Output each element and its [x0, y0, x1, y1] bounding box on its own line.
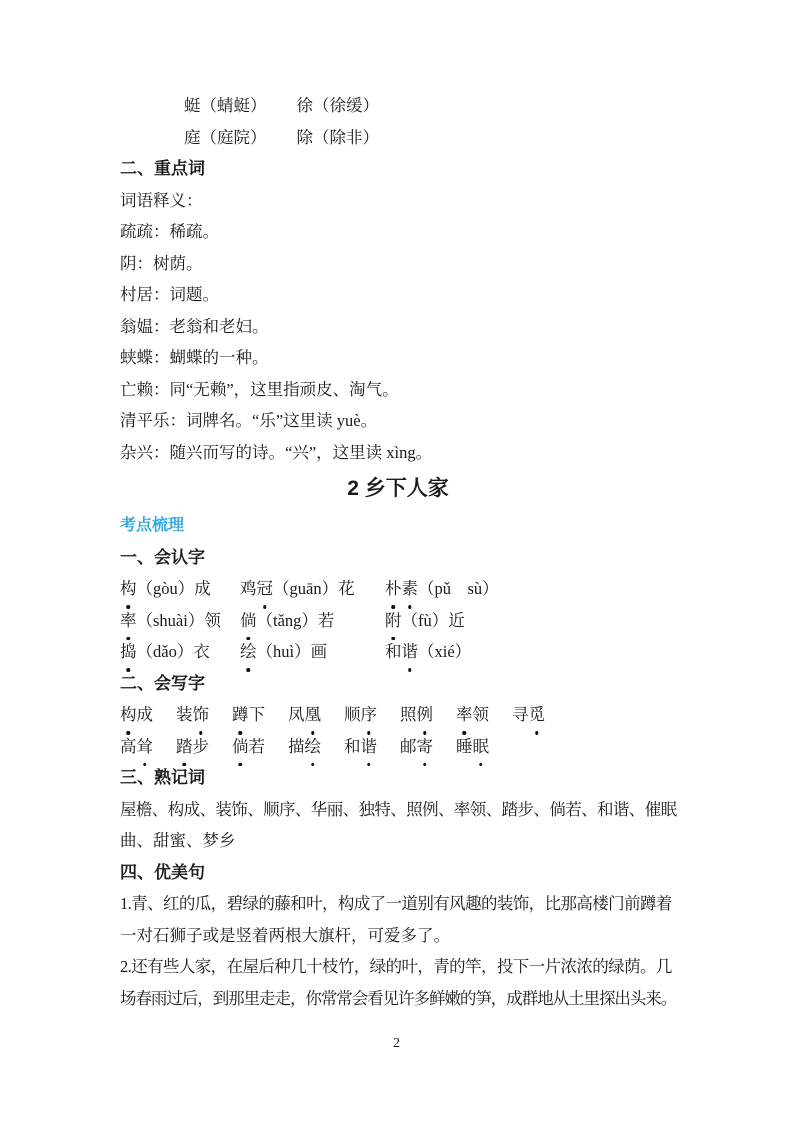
definition-line: 翁媪：老翁和老妇。: [120, 311, 676, 343]
vocab-word: 和谐（xié）: [385, 636, 471, 668]
vocab-row: 构成装饰蹲下凤凰顺序照例率领寻觅: [120, 699, 676, 731]
section-heading-youmeiju: 四、优美句: [120, 857, 676, 889]
document-content: 蜓（蜻蜓） 徐（徐缓） 庭（庭院） 除（除非） 二、重点词 词语释义： 疏疏：稀…: [120, 90, 676, 1014]
emphasis-dot-char: 谐: [402, 636, 419, 668]
vocab-word: 照例: [400, 699, 433, 731]
vocab-word: 描绘: [288, 731, 321, 763]
vocab-word: 率（shuài）领: [120, 605, 221, 637]
emphasis-dot-char: 倘: [240, 605, 257, 637]
exam-points-tag: 考点梳理: [120, 510, 676, 542]
section-heading-xiezi: 二、会写字: [120, 668, 676, 700]
sentence-line: 场春雨过后，到那里走走，你常常会看见许多鲜嫩的笋，成群地从土里探出头来。: [120, 983, 676, 1015]
emphasis-dot-char: 踏: [176, 731, 193, 763]
emphasis-dot-char: 耸: [137, 731, 154, 763]
shujici-line: 曲、甜蜜、梦乡: [120, 825, 676, 857]
char-pair-row: 蜓（蜻蜓） 徐（徐缓）: [184, 90, 676, 122]
vocab-row: 构（gòu）成鸡冠（guān）花朴素（pǔ sù）: [120, 573, 676, 605]
xiezi-words: 构成装饰蹲下凤凰顺序照例率领寻觅高耸踏步倘若描绘和谐邮寄睡眠: [120, 699, 676, 762]
char-pair: 徐（徐缓）: [297, 90, 380, 122]
definition-line: 村居：词题。: [120, 279, 676, 311]
vocab-row: 捣（dǎo）衣绘（huì）画和谐（xié）: [120, 636, 676, 668]
emphasis-dot-char: 饰: [193, 699, 210, 731]
emphasis-dot-char: 构: [120, 699, 137, 731]
emphasis-dot-char: 绘: [305, 731, 322, 763]
emphasis-dot-char: 捣: [120, 636, 137, 668]
vocab-word: 高耸: [120, 731, 153, 763]
definition-line: 清平乐：词牌名。“乐”这里读 yuè。: [120, 405, 676, 437]
emphasis-dot-char: 构: [120, 573, 137, 605]
vocab-row: 率（shuài）领倘（tǎng）若附（fù）近: [120, 605, 676, 637]
emphasis-dot-char: 凰: [305, 699, 322, 731]
emphasis-dot-char: 觅: [529, 699, 546, 731]
vocab-word: 鸡冠（guān）花: [240, 573, 355, 605]
renzi-words: 构（gòu）成鸡冠（guān）花朴素（pǔ sù）率（shuài）领倘（tǎng…: [120, 573, 676, 668]
shujici-line: 屋檐、构成、装饰、顺序、华丽、独特、照例、率领、踏步、倘若、和谐、催眠: [120, 794, 676, 826]
vocab-word: 寻觅: [512, 699, 545, 731]
emphasis-dot-char: 素: [402, 573, 419, 605]
section-heading-zhongdianci: 二、重点词: [120, 153, 676, 185]
vocab-word: 率领: [456, 699, 489, 731]
section-heading-renzi: 一、会认字: [120, 542, 676, 574]
vocab-word: 踏步: [176, 731, 209, 763]
vocab-word: 倘若: [232, 731, 265, 763]
definition-line: 亡赖：同“无赖”，这里指顽皮、淘气。: [120, 374, 676, 406]
emphasis-dot-char: 绘: [240, 636, 257, 668]
char-pair: 庭（庭院）: [184, 122, 267, 154]
emphasis-dot-char: 寄: [417, 731, 434, 763]
vocab-word: 凤凰: [288, 699, 321, 731]
vocab-word: 睡眠: [456, 731, 489, 763]
sentence-line: 1.青、红的瓜，碧绿的藤和叶，构成了一道别有风趣的装饰，比那高楼门前蹲着: [120, 888, 676, 920]
emphasis-dot-char: 蹲: [232, 699, 249, 731]
emphasis-dot-char: 倘: [232, 731, 249, 763]
emphasis-dot-char: 例: [417, 699, 434, 731]
vocab-word: 蹲下: [232, 699, 265, 731]
definition-line: 疏疏：稀疏。: [120, 216, 676, 248]
emphasis-dot-char: 朴: [385, 573, 402, 605]
emphasis-dot-char: 附: [385, 605, 402, 637]
emphasis-dot-char: 谐: [361, 731, 378, 763]
emphasis-dot-char: 眠: [473, 731, 490, 763]
vocab-word: 绘（huì）画: [240, 636, 327, 668]
emphasis-dot-char: 率: [456, 699, 473, 731]
vocab-word: 朴素（pǔ sù）: [385, 573, 499, 605]
char-pair-row: 庭（庭院） 除（除非）: [184, 122, 676, 154]
sentence-line: 一对石狮子或是竖着两根大旗杆，可爱多了。: [120, 920, 676, 952]
emphasis-dot-char: 冠: [257, 573, 274, 605]
emphasis-dot-char: 率: [120, 605, 137, 637]
lesson-title: 2 乡下人家: [120, 468, 676, 510]
char-pair: 除（除非）: [297, 122, 380, 154]
emphasis-dot-char: 序: [361, 699, 378, 731]
vocab-row: 高耸踏步倘若描绘和谐邮寄睡眠: [120, 731, 676, 763]
vocab-word: 和谐: [344, 731, 377, 763]
definition-line: 阴：树荫。: [120, 248, 676, 280]
vocab-word: 捣（dǎo）衣: [120, 636, 210, 668]
definition-line: 杂兴：随兴而写的诗。“兴”，这里读 xìng。: [120, 437, 676, 469]
char-pair: 蜓（蜻蜓）: [184, 90, 267, 122]
vocab-word: 邮寄: [400, 731, 433, 763]
document-page: 蜓（蜻蜓） 徐（徐缓） 庭（庭院） 除（除非） 二、重点词 词语释义： 疏疏：稀…: [0, 0, 793, 1122]
vocab-word: 倘（tǎng）若: [240, 605, 334, 637]
definitions-subheading: 词语释义：: [120, 185, 676, 217]
vocab-word: 装饰: [176, 699, 209, 731]
vocab-word: 构（gòu）成: [120, 573, 211, 605]
section-heading-shujici: 三、熟记词: [120, 762, 676, 794]
vocab-word: 构成: [120, 699, 153, 731]
vocab-word: 附（fù）近: [385, 605, 465, 637]
page-number: 2: [0, 1034, 793, 1054]
definition-line: 蛱蝶：蝴蝶的一种。: [120, 342, 676, 374]
sentence-line: 2.还有些人家，在屋后种几十枝竹，绿的叶，青的竿，投下一片浓浓的绿荫。几: [120, 951, 676, 983]
vocab-word: 顺序: [344, 699, 377, 731]
